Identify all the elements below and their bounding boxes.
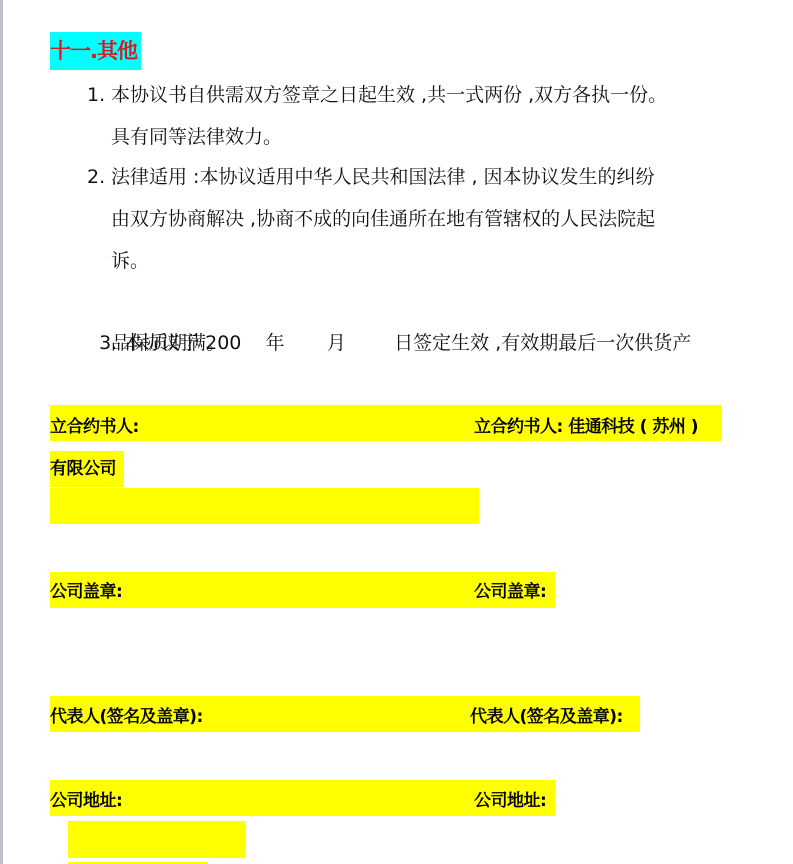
page-edge [0,0,3,864]
seal-left-label: 公司盖章: [50,574,122,610]
rep-left-label: 代表人(签名及盖章): [50,699,203,735]
section-heading: 十一.其他 [50,32,141,70]
address-left-label: 公司地址: [50,783,122,819]
party-a-label: 立合约书人: [50,409,139,445]
clause-line: 本协议书自供需双方签章之日起生效 ,共一式两份 ,双方各执一份。 [111,84,667,106]
clause-2-cont: 由双方协商解决 ,协商不成的向佳通所在地有管辖权的人民法院起 [111,198,655,240]
seal-right-label: 公司盖章: [474,574,546,610]
clause-1: 1.本协议书自供需双方签章之日起生效 ,共一式两份 ,双方各执一份。 [87,74,667,116]
clause-1-cont: 具有同等法律效力。 [111,116,282,158]
clause-2-cont2: 诉。 [111,240,149,282]
clause-number: 2. [87,156,111,198]
clause-2: 2.法律适用 :本协议适用中华人民共和国法律 , 因本协议发生的纠纷 [87,156,655,198]
party-b-label-cont: 有限公司 [50,451,116,487]
clause-number: 1. [87,74,111,116]
address-right-label: 公司地址: [474,783,546,819]
highlight-blank-row [50,488,479,524]
rep-right-label: 代表人(签名及盖章): [470,699,623,735]
party-b-label: 立合约书人: 佳通科技 ( 苏州 ) [474,409,698,445]
clause-line: 法律适用 :本协议适用中华人民共和国法律 , 因本协议发生的纠纷 [111,166,655,188]
highlight-address-blank [68,821,246,858]
clause-3-cont: 品保质期满。 [111,322,225,364]
